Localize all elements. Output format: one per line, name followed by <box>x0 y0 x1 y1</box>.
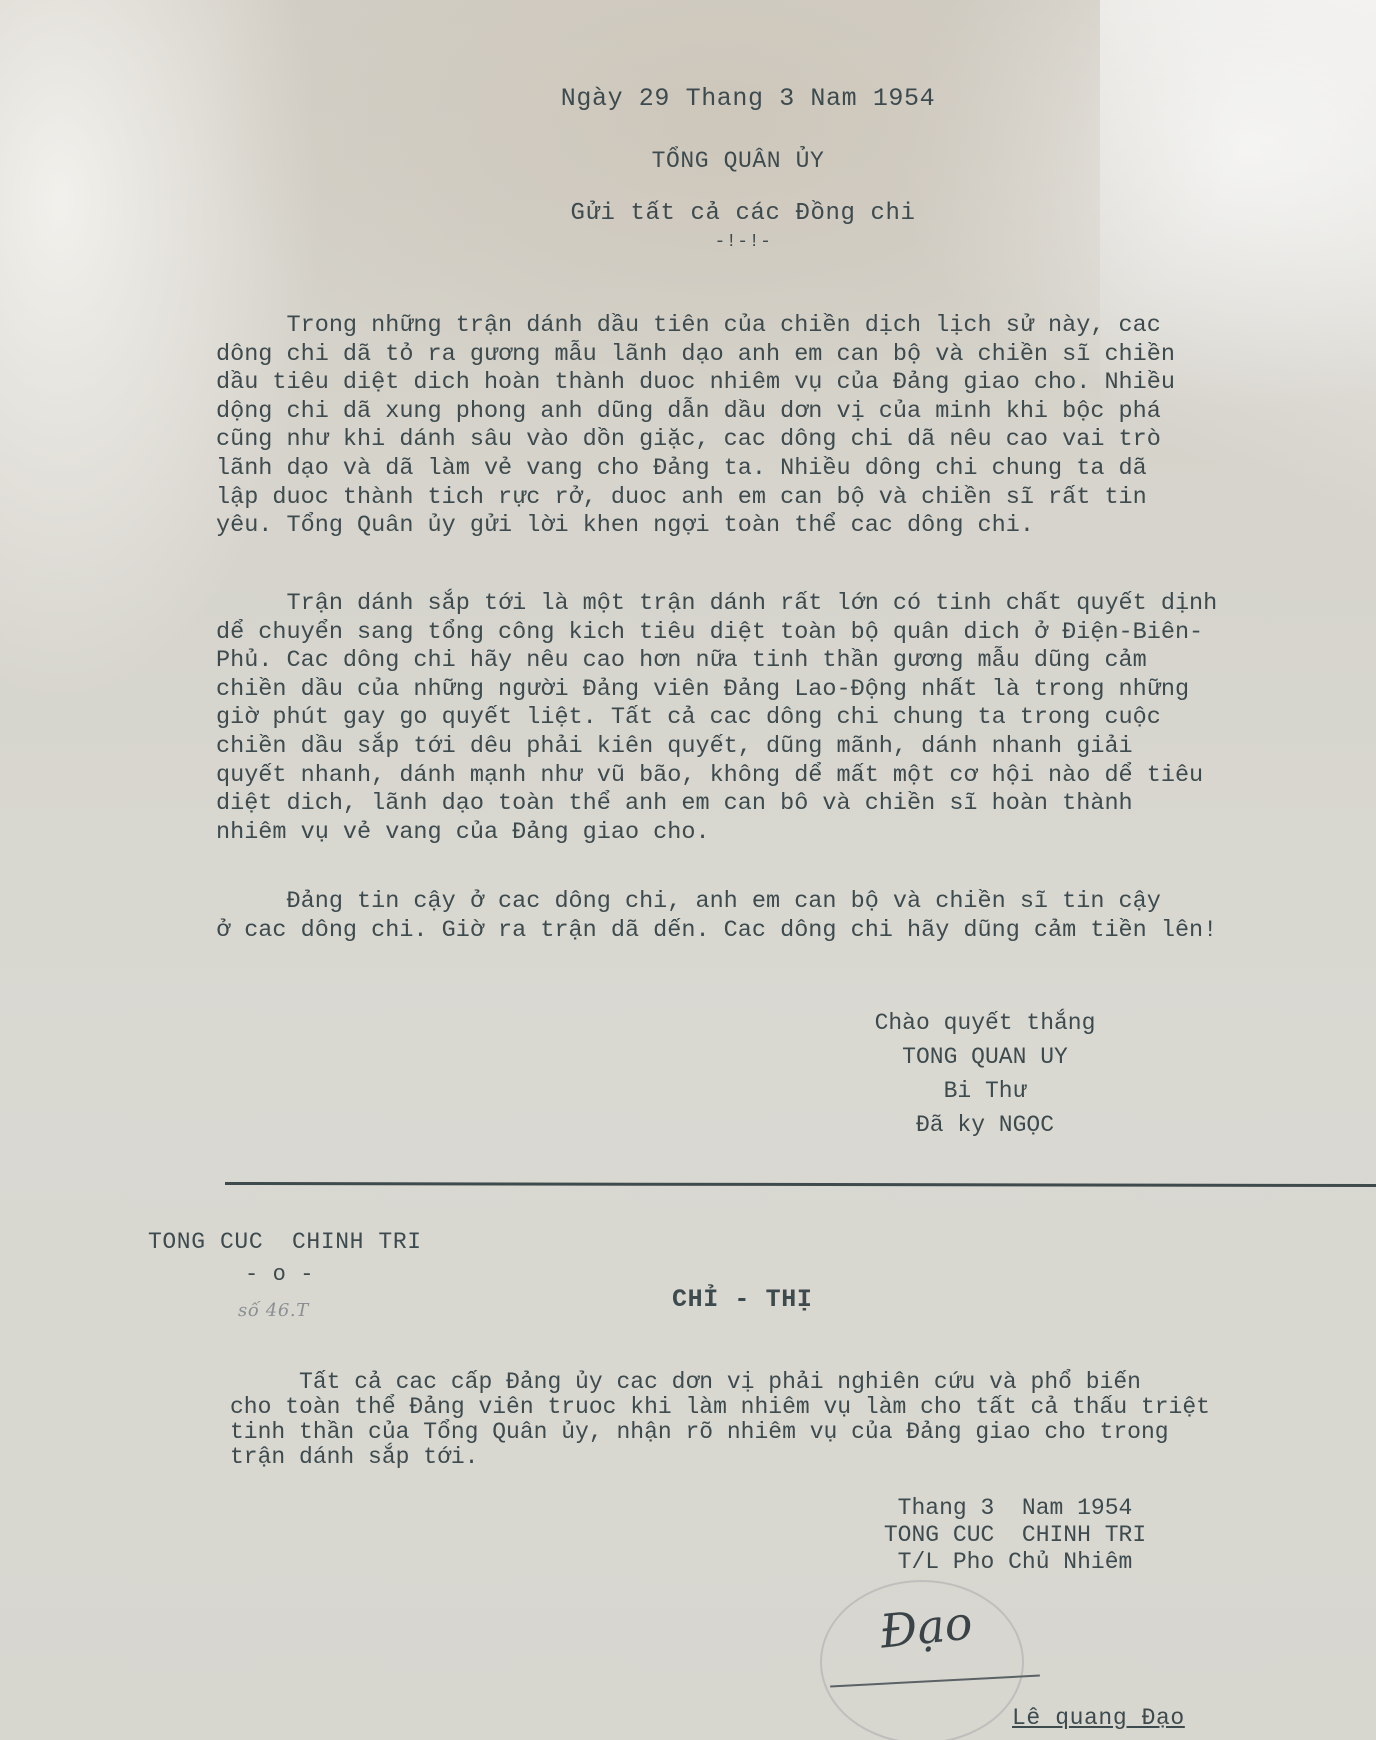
directive-body: Tất cả cac cấp Đảng ủy cac dơn vị phải n… <box>230 1370 1370 1470</box>
closing-organization: TONG QUAN UY <box>820 1040 1150 1074</box>
text-line: dể chuyển sang tổng công kich tiêu diệt … <box>216 619 1356 648</box>
closing-signed: Đã ky NGỌC <box>820 1108 1150 1142</box>
letter-separator: -!-!- <box>0 232 1376 252</box>
text-line: quyết nhanh, dánh mạnh như vũ bão, không… <box>216 762 1356 791</box>
letter-paragraph-1: Trong những trận dánh dầu tiên của chiền… <box>216 312 1356 541</box>
text-line: Phủ. Cac dông chi hãy nêu cao hơn nữa ti… <box>216 647 1356 676</box>
directive-title: CHỈ - THỊ <box>672 1285 812 1314</box>
directive-closing: Thang 3 Nam 1954 TONG CUC CHINH TRI T/L … <box>850 1495 1180 1576</box>
letter-closing: Chào quyết thắng TONG QUAN UY Bi Thư Đã … <box>820 1006 1150 1142</box>
closing-title: Bi Thư <box>820 1074 1150 1108</box>
text-line: dầu tiêu diệt dich hoàn thành duoc nhiêm… <box>216 369 1356 398</box>
text-line: trận dánh sắp tới. <box>230 1445 1370 1470</box>
text-line: chiền dầu của những người Đảng viên Đảng… <box>216 676 1356 705</box>
text-line: giờ phút gay go quyết liệt. Tất cả cac d… <box>216 704 1356 733</box>
text-line: dộng chi dã xung phong anh dũng dẫn dầu … <box>216 398 1356 427</box>
handwritten-signature: Đạo <box>877 1595 974 1658</box>
directive-dept-separator: - o - <box>245 1262 314 1287</box>
text-line: cho toàn thể Đảng viên truoc khi làm nhi… <box>230 1395 1370 1420</box>
text-line: nhiêm vụ vẻ vang của Đảng giao cho. <box>216 819 1356 848</box>
signer-name: Lê quang Đạo <box>1012 1705 1185 1731</box>
directive-reference-note: số 46.T <box>238 1300 309 1321</box>
text-line: Tất cả cac cấp Đảng ủy cac dơn vị phải n… <box>230 1370 1370 1395</box>
directive-closing-organization: TONG CUC CHINH TRI <box>850 1522 1180 1549</box>
paper-background <box>0 0 1376 1740</box>
letter-date: Ngày 29 Thang 3 Nam 1954 <box>0 84 1376 113</box>
text-line: chiền dầu sắp tới dêu phải kiên quyết, d… <box>216 733 1356 762</box>
closing-salutation: Chào quyết thắng <box>820 1006 1150 1040</box>
letter-greeting: Gửi tất cả các Đồng chi <box>0 200 1376 227</box>
text-line: lãnh dạo và dã làm vẻ vang cho Đảng ta. … <box>216 455 1356 484</box>
text-line: ở cac dông chi. Giờ ra trận dã dến. Cac … <box>216 917 1356 946</box>
directive-closing-title: T/L Pho Chủ Nhiêm <box>850 1549 1180 1576</box>
letter-paragraph-2: Trận dánh sắp tới là một trận dánh rất l… <box>216 590 1356 847</box>
text-line: Đảng tin cậy ở cac dông chi, anh em can … <box>216 888 1356 917</box>
directive-closing-date: Thang 3 Nam 1954 <box>850 1495 1180 1522</box>
text-line: cũng như khi dánh sâu vào dồn giặc, cac … <box>216 426 1356 455</box>
text-line: yêu. Tổng Quân ủy gửi lời khen ngợi toàn… <box>216 512 1356 541</box>
directive-department: TONG CUC CHINH TRI <box>148 1229 422 1255</box>
text-line: Trận dánh sắp tới là một trận dánh rất l… <box>216 590 1356 619</box>
text-line: dông chi dã tỏ ra gương mẫu lãnh dạo anh… <box>216 341 1356 370</box>
text-line: diệt dich, lãnh dạo toàn thể anh em can … <box>216 790 1356 819</box>
text-line: tinh thần của Tổng Quân ủy, nhận rõ nhiê… <box>230 1420 1370 1445</box>
text-line: lập duoc thành tich rực rở, duoc anh em … <box>216 484 1356 513</box>
text-line: Trong những trận dánh dầu tiên của chiền… <box>216 312 1356 341</box>
letter-organization: TỔNG QUÂN ỦY <box>0 148 1376 174</box>
letter-paragraph-3: Đảng tin cậy ở cac dông chi, anh em can … <box>216 888 1356 945</box>
